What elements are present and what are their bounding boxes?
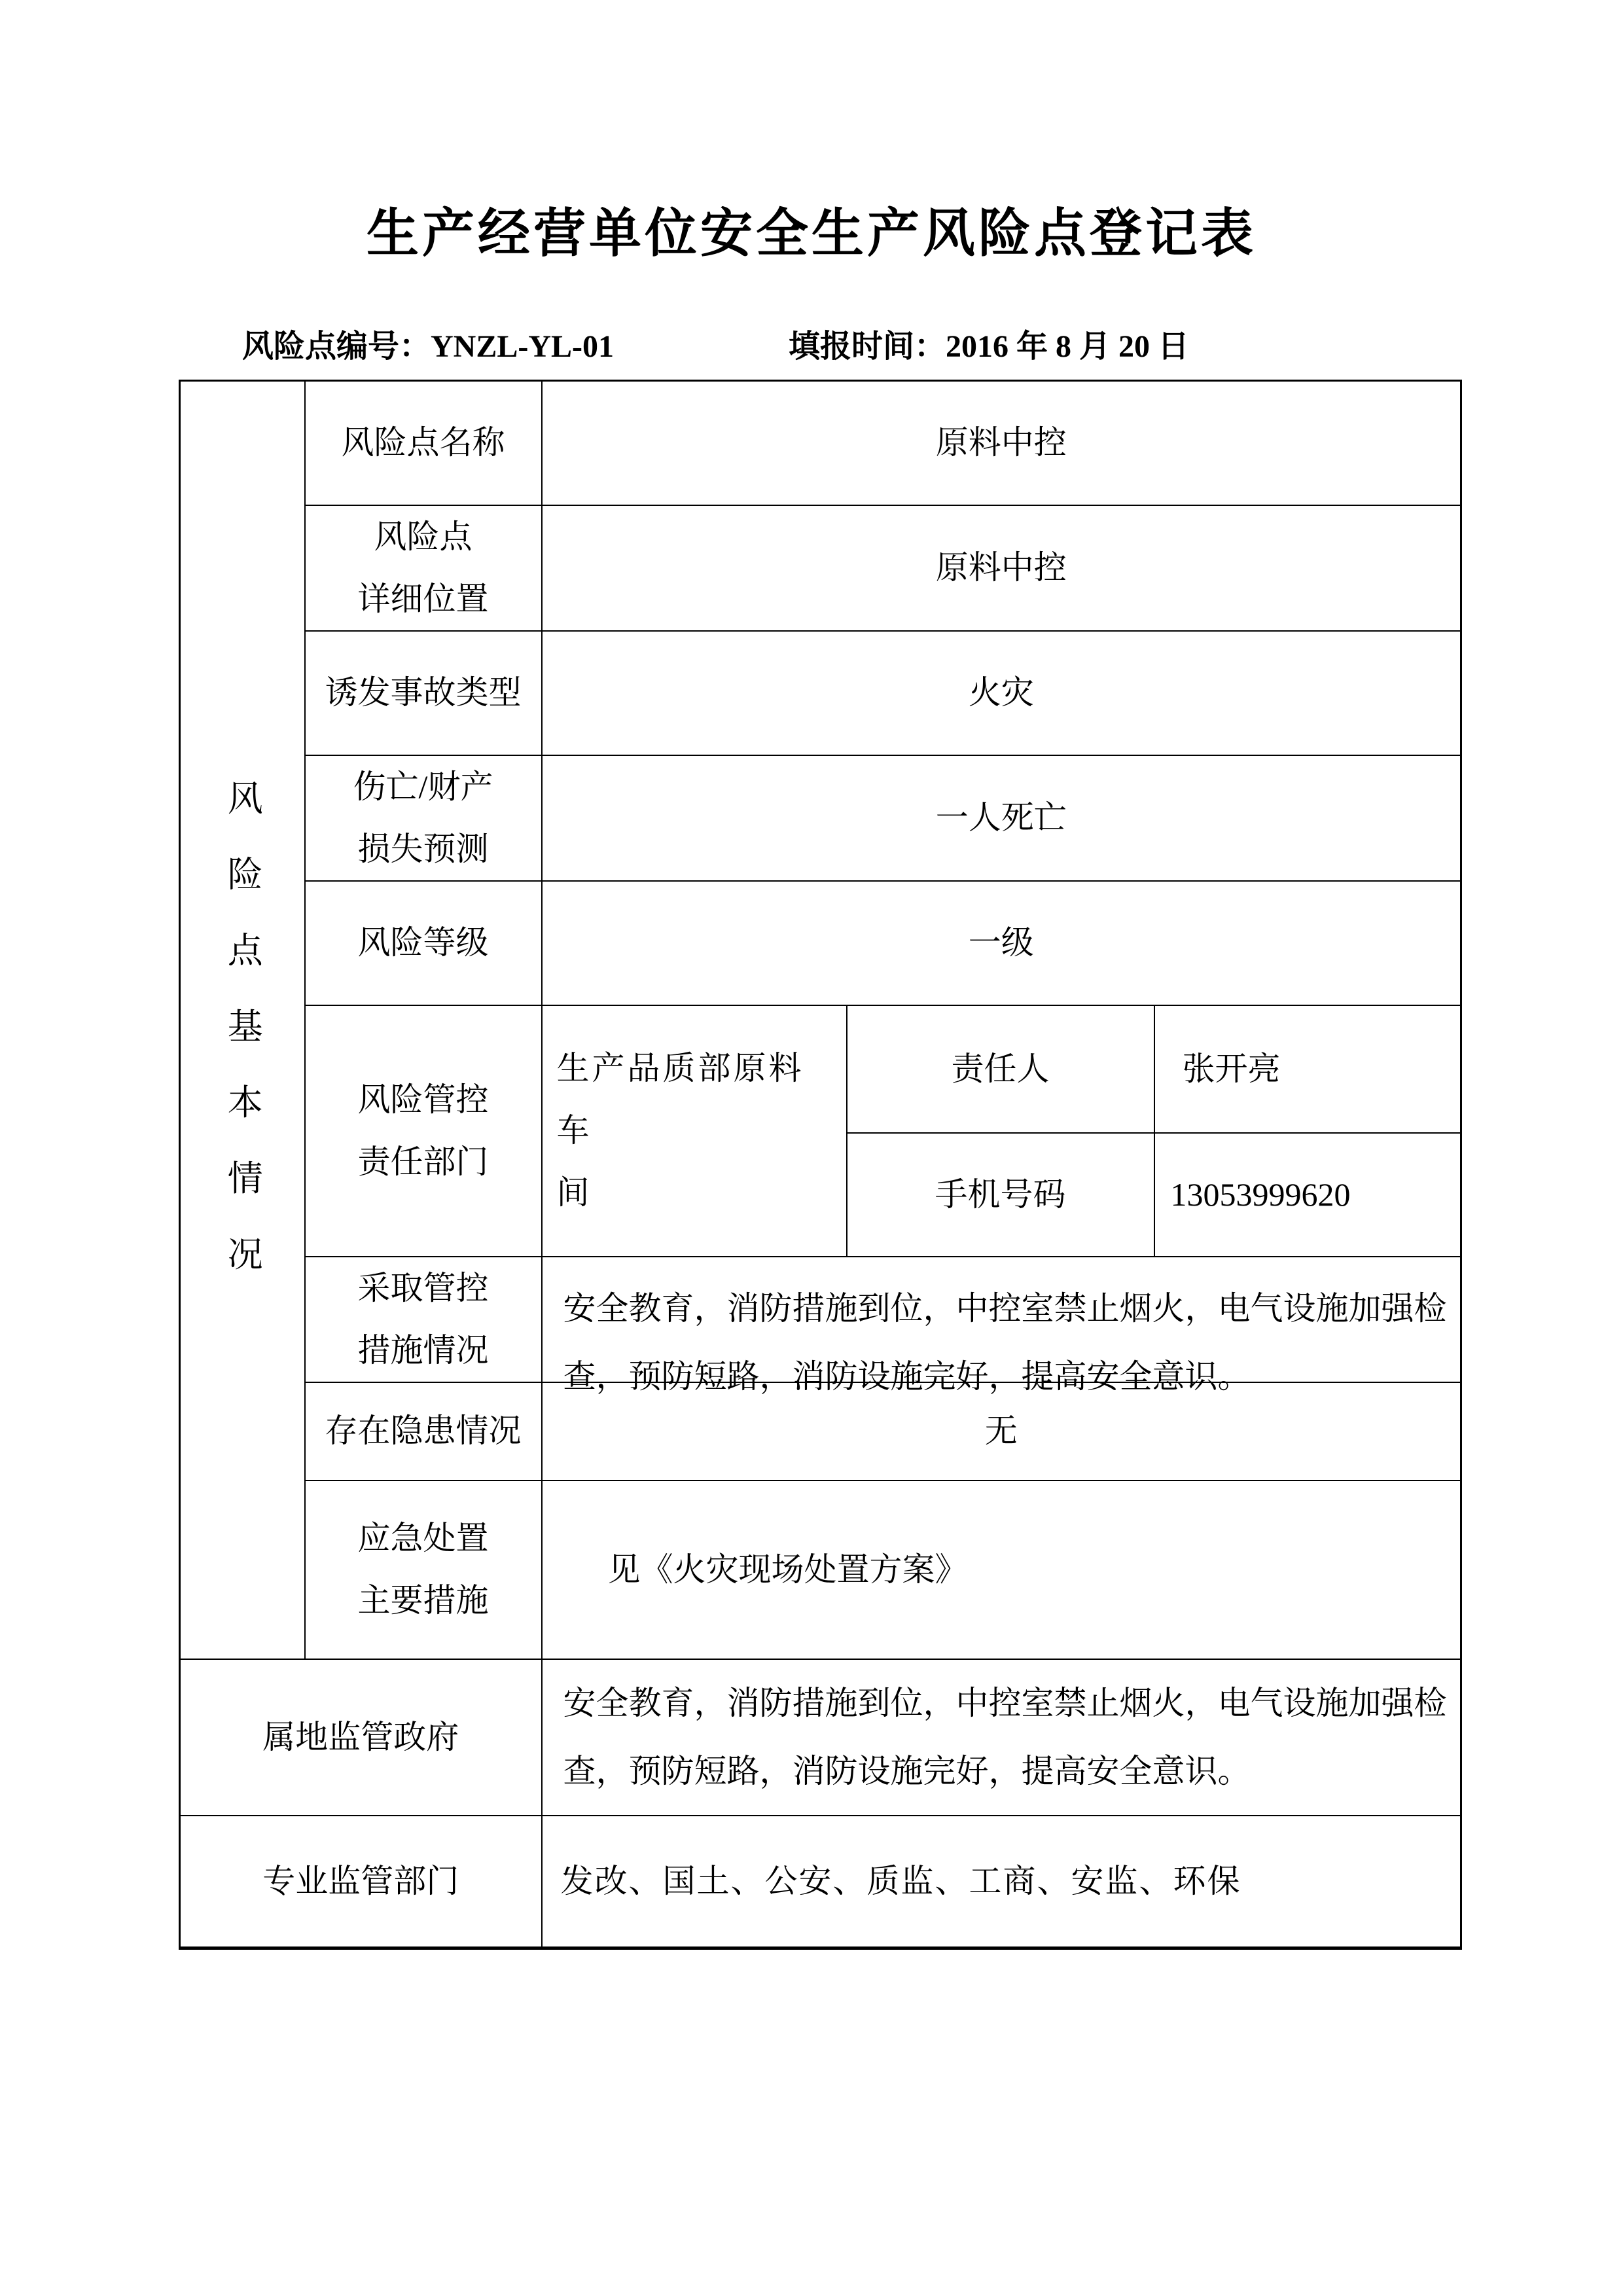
value-professional-dept: 发改、国土、公安、质监、工商、安监、环保	[542, 1816, 1461, 1948]
value-control-dept: 生产品质部原料车 间	[542, 1005, 847, 1257]
label-accident-type: 诱发事故类型	[305, 631, 542, 755]
label-responsible-person: 责任人	[847, 1005, 1154, 1133]
document-page: 生产经营单位安全生产风险点登记表 风险点编号：YNZL-YL-01 填报时间：2…	[0, 0, 1623, 2296]
risk-registration-table: 风险点基本情况 风险点名称 原料中控 风险点 详细位置 原料中控 诱发事故类型 …	[179, 380, 1462, 1950]
label-control-dept: 风险管控 责任部门	[305, 1005, 542, 1257]
risk-point-number: 风险点编号：YNZL-YL-01	[242, 326, 614, 368]
value-control-measures: 安全教育，消防措施到位，中控室禁止烟火，电气设施加强检 查，预防短路，消防设施完…	[543, 1270, 1461, 1369]
value-risk-location: 原料中控	[542, 505, 1461, 631]
label-emergency-measures: 应急处置 主要措施	[305, 1480, 542, 1659]
value-risk-name: 原料中控	[542, 381, 1461, 505]
label-loss-forecast: 伤亡/财产 损失预测	[305, 755, 542, 881]
value-phone-number: 13053999620	[1154, 1133, 1461, 1257]
label-phone-number: 手机号码	[847, 1133, 1154, 1257]
page-title: 生产经营单位安全生产风险点登记表	[0, 202, 1623, 267]
label-professional-dept: 专业监管部门	[180, 1816, 542, 1948]
risk-point-number-value: YNZL-YL-01	[431, 329, 614, 364]
fill-date-label: 填报时间：	[789, 329, 946, 364]
label-risk-name: 风险点名称	[305, 381, 542, 505]
label-local-government: 属地监管政府	[180, 1659, 542, 1816]
label-control-measures: 采取管控 措施情况	[305, 1257, 542, 1382]
risk-point-number-label: 风险点编号：	[242, 329, 431, 364]
value-local-government: 安全教育，消防措施到位，中控室禁止烟火，电气设施加强检 查，预防短路，消防设施完…	[543, 1669, 1461, 1805]
label-hazards: 存在隐患情况	[305, 1382, 542, 1480]
value-loss-forecast: 一人死亡	[542, 755, 1461, 881]
section-header-vertical-text: 风险点基本情况	[224, 780, 260, 1312]
fill-date: 填报时间：2016 年 8 月 20 日	[789, 326, 1189, 368]
value-accident-type: 火灾	[542, 631, 1461, 755]
label-risk-level: 风险等级	[305, 881, 542, 1005]
value-responsible-person: 张开亮	[1154, 1005, 1461, 1133]
value-control-measures-cell: 安全教育，消防措施到位，中控室禁止烟火，电气设施加强检 查，预防短路，消防设施完…	[542, 1257, 1461, 1382]
value-emergency-measures: 见《火灾现场处置方案》	[542, 1480, 1461, 1659]
value-local-government-cell: 安全教育，消防措施到位，中控室禁止烟火，电气设施加强检 查，预防短路，消防设施完…	[542, 1659, 1461, 1816]
meta-line: 风险点编号：YNZL-YL-01 填报时间：2016 年 8 月 20 日	[0, 326, 1623, 368]
section-header-cell: 风险点基本情况	[180, 381, 305, 1659]
fill-date-value: 2016 年 8 月 20 日	[946, 329, 1189, 364]
value-risk-level: 一级	[542, 881, 1461, 1005]
label-risk-location: 风险点 详细位置	[305, 505, 542, 631]
